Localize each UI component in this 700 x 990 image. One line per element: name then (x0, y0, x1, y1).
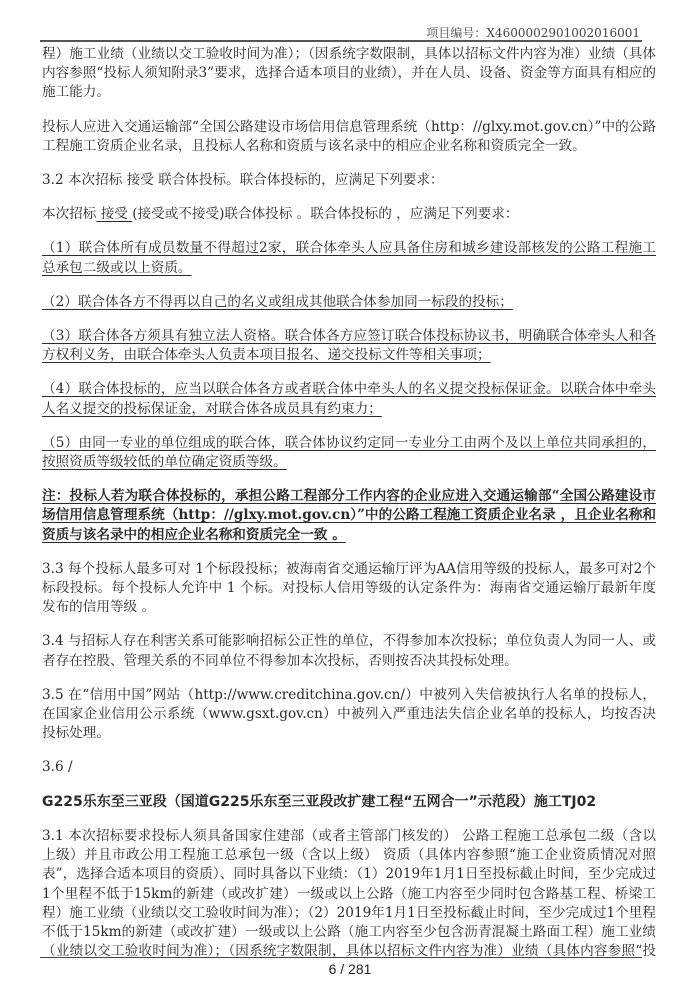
consortium-item-2: （2）联合体各方不得再以自己的名义或组成其他联合体参加同一标段的投标； (42, 293, 656, 312)
consortium-item-3: （3）联合体各方须具有独立法人资格。联合体各方应签订联合体投标协议书，明确联合体… (42, 327, 656, 365)
paragraph-continuation: 程）施工业绩（业绩以交工验收时间为准）；（因系统字数限制，具体以招标文件内容为准… (42, 45, 656, 103)
paragraph-3-2-consortium: 本次招标 接受 (接受或不接受)联合体投标 。联合体投标的 ，应满足下列要求： (42, 205, 656, 224)
consortium-prefix: 本次招标 (42, 206, 96, 222)
consortium-item-1: （1）联合体所有成员数量不得超过2家，联合体牵头人应具备住房和城乡建设部核发的公… (42, 239, 656, 277)
consortium-suffix: (接受或不接受)联合体投标 。联合体投标的 ，应满足下列要求： (132, 206, 518, 222)
paragraph-3-2: 3.2 本次招标 接受 联合体投标。联合体投标的，应满足下列要求： (42, 171, 656, 190)
paragraph-3-4: 3.4 与招标人存在利害关系可能影响招标公正性的单位，不得参加本次投标；单位负责… (42, 632, 656, 670)
paragraph-3-5: 3.5 在“信用中国”网站（http://www.creditchina.gov… (42, 686, 656, 744)
consortium-note: 注：投标人若为联合体投标的，承担公路工程部分工作内容的企业应进入交通运输部“全国… (42, 487, 656, 545)
page-indicator: 6 / 281 (0, 961, 700, 977)
footer-divider (40, 957, 642, 958)
document-body: 程）施工业绩（业绩以交工验收时间为准）；（因系统字数限制，具体以招标文件内容为准… (42, 45, 656, 981)
document-page: 项目编号：X4600002901002016001 程）施工业绩（业绩以交工验收… (0, 0, 700, 990)
consortium-accept-value: 接受 (96, 206, 132, 222)
section-title: G225乐东至三亚段（国道G225乐东至三亚段改扩建工程“五网合一”示范段）施工… (42, 793, 656, 812)
consortium-item-5: （5）由同一专业的单位组成的联合体，联合体协议约定同一专业分工由两个及以上单位共… (42, 434, 656, 472)
header-divider (40, 40, 642, 42)
paragraph-3-6: 3.6 / (42, 758, 656, 777)
consortium-item-4: （4）联合体投标的，应当以联合体各方或者联合体中牵头人的名义提交投标保证金。以联… (42, 380, 656, 418)
paragraph-3-3: 3.3 每个投标人最多可对 1个标段投标；被海南省交通运输厅评为AA信用等级的投… (42, 560, 656, 618)
paragraph-registry-requirement: 投标人应进入交通运输部“全国公路建设市场信用信息管理系统（http：//glxy… (42, 118, 656, 156)
project-number: 项目编号：X4600002901002016001 (426, 24, 640, 41)
